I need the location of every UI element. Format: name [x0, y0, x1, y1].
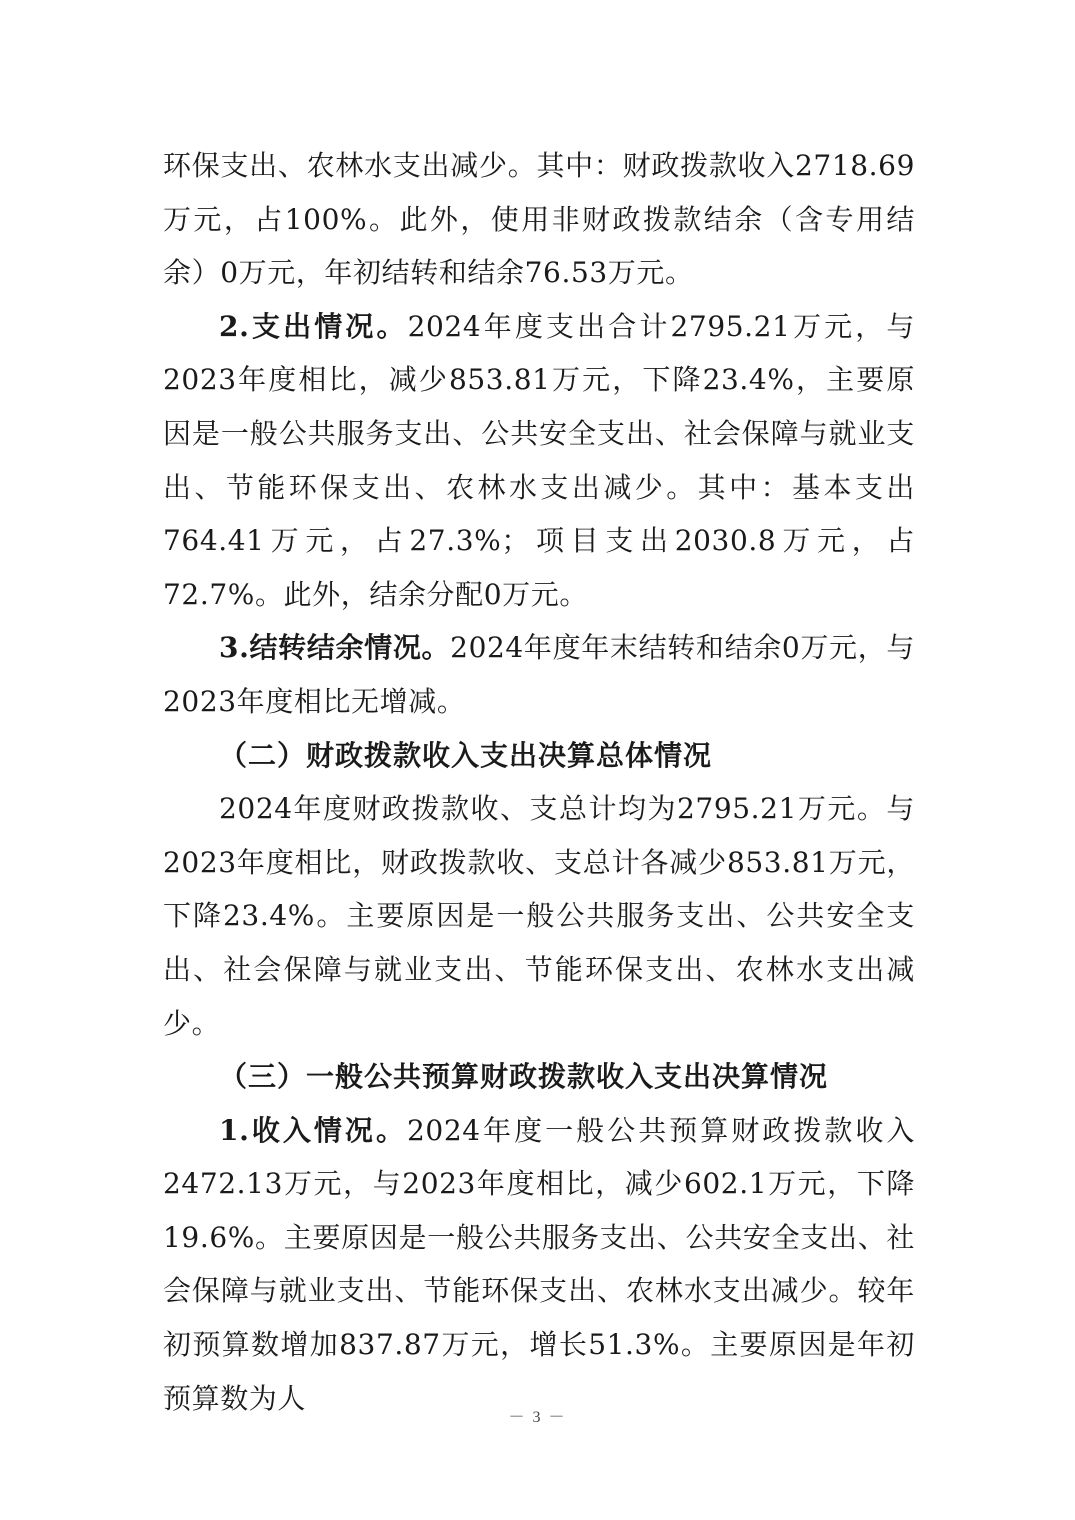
expenditure-text: 2024年度支出合计2795.21万元，与2023年度相比，减少853.81万元…: [163, 310, 915, 611]
expenditure-lead: 2.支出情况。: [219, 310, 408, 343]
section-heading-2: （二）财政拨款收入支出决算总体情况: [163, 729, 915, 783]
paragraph-carryover: 3.结转结余情况。2024年度年末结转和结余0万元，与2023年度相比无增减。: [163, 621, 915, 728]
document-page: 环保支出、农林水支出减少。其中：财政拨款收入2718.69万元，占100%。此外…: [0, 0, 1075, 1520]
paragraph-income-continuation: 环保支出、农林水支出减少。其中：财政拨款收入2718.69万元，占100%。此外…: [163, 139, 915, 300]
paragraph-expenditure: 2.支出情况。2024年度支出合计2795.21万元，与2023年度相比，减少8…: [163, 300, 915, 622]
document-body: 环保支出、农林水支出减少。其中：财政拨款收入2718.69万元，占100%。此外…: [163, 139, 915, 1425]
carryover-lead: 3.结转结余情况。: [219, 631, 450, 664]
paragraph-fiscal-overall: 2024年度财政拨款收、支总计均为2795.21万元。与2023年度相比，财政拨…: [163, 782, 915, 1050]
page-number: － 3 －: [0, 1404, 1075, 1427]
section-heading-3: （三）一般公共预算财政拨款收入支出决算情况: [163, 1050, 915, 1104]
general-budget-income-text: 2024年度一般公共预算财政拨款收入2472.13万元，与2023年度相比，减少…: [163, 1114, 915, 1415]
paragraph-general-budget-income: 1.收入情况。2024年度一般公共预算财政拨款收入2472.13万元，与2023…: [163, 1104, 915, 1426]
general-budget-income-lead: 1.收入情况。: [219, 1114, 407, 1147]
